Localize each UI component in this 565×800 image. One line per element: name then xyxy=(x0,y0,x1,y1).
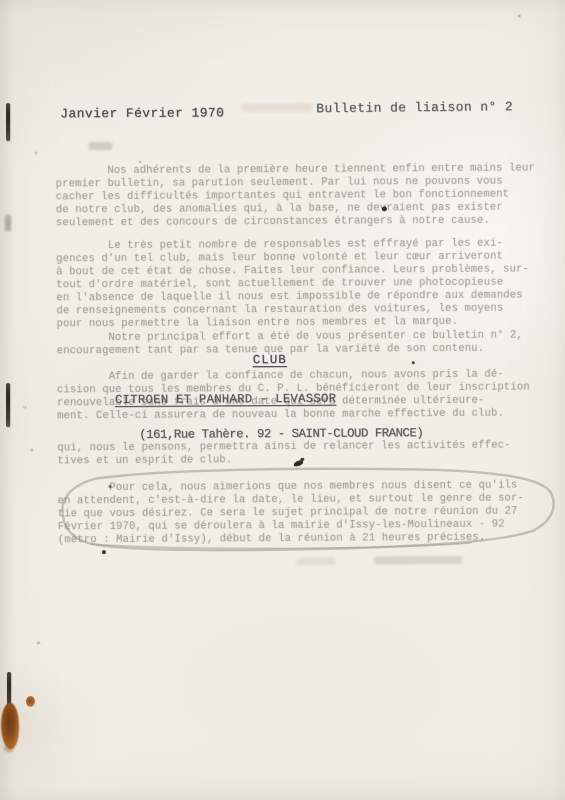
paper-fleck xyxy=(34,151,37,154)
faint-signature-smudge xyxy=(296,558,336,565)
ink-speck xyxy=(412,361,415,364)
ink-speck xyxy=(382,206,387,211)
paper-fleck xyxy=(139,161,142,163)
ink-speck xyxy=(109,485,112,488)
ink-speck xyxy=(300,458,304,461)
ink-bleedthrough-mark xyxy=(241,103,313,112)
paragraph-responsables: Le très petit nombre de responsables est… xyxy=(56,237,529,331)
paper-fleck xyxy=(23,406,27,409)
staple xyxy=(6,383,10,427)
paragraph-relance: qui, nous le pensons, permettra ainsi de… xyxy=(57,440,511,469)
paper-fleck xyxy=(36,641,40,644)
pencil-scribble xyxy=(88,142,112,150)
paper-fleck xyxy=(518,15,521,18)
bulletin-number: Bulletin de liaison n° 2 xyxy=(316,99,513,116)
ink-speck xyxy=(102,550,106,554)
paragraph-intro: Nos adhérents de la première heure tienn… xyxy=(56,162,536,230)
club-name-heading: CITROEN ET PANHARD - LEVASSOR xyxy=(115,392,336,407)
rust-stain xyxy=(1,703,19,749)
staple xyxy=(6,103,10,141)
issue-date: Janvier Février 1970 xyxy=(60,105,224,121)
paper-fleck xyxy=(30,449,33,452)
rust-stain xyxy=(26,696,35,707)
paragraph-circled: Pour cela, nous aimerions que nos membre… xyxy=(57,480,524,548)
rust-stain xyxy=(4,744,14,752)
faint-signature-smudge xyxy=(374,556,462,565)
edge-mark xyxy=(5,215,11,231)
club-heading: CLUB xyxy=(253,353,287,367)
paragraph-effort: Notre principal effort a été de vous pré… xyxy=(57,330,524,359)
scanned-document-page: Janvier Février 1970 Bulletin de liaison… xyxy=(0,0,565,800)
